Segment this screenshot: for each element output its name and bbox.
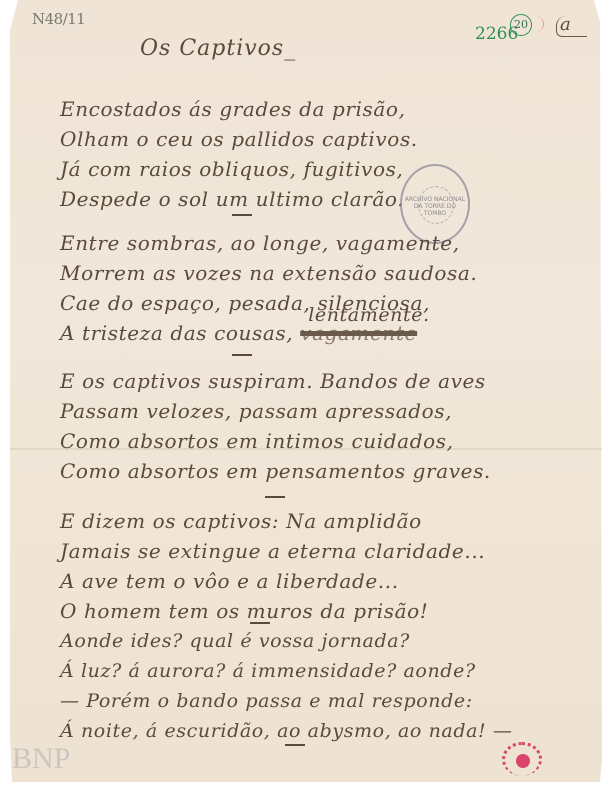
page-letter: a	[560, 14, 571, 35]
stanza-3: E os captivos suspiram. Bandos de aves P…	[60, 366, 491, 486]
bnp-watermark: BNP	[12, 742, 70, 776]
circled-folio-number: 20	[510, 14, 532, 36]
library-stamp-icon	[502, 742, 542, 776]
verse-line: Como absortos em pensamentos graves.	[60, 456, 491, 486]
stanza-separator	[232, 214, 252, 216]
stanza-separator	[250, 622, 270, 624]
verse-line: Passam velozes, passam apressados,	[60, 396, 491, 426]
stanza-1: Encostados ás grades da prisão, Olham o …	[60, 94, 418, 214]
verse-line: Entre sombras, ao longe, vagamente,	[60, 228, 477, 258]
stanza-separator	[265, 496, 285, 498]
verse-line: Olham o ceu os pallidos captivos.	[60, 124, 418, 154]
verse-line: Jamais se extingue a eterna claridade...	[60, 536, 485, 566]
verse-line: Já com raios obliquos, fugitivos,	[60, 154, 418, 184]
verse-line: Encostados ás grades da prisão,	[60, 94, 418, 124]
verse-line: Morrem as vozes na extensão saudosa.	[60, 258, 477, 288]
poem-title: Os Captivos_	[140, 36, 296, 61]
verse-line: A ave tem o vôo e a liberdade...	[60, 566, 485, 596]
revision: vagamente lentamente.	[300, 318, 417, 348]
verse-line: Aonde ides? qual é vossa jornada?	[60, 626, 513, 656]
verse-line-prefix: A tristeza das cousas,	[60, 321, 293, 345]
verse-line: E dizem os captivos: Na amplidão	[60, 506, 485, 536]
end-separator	[285, 744, 305, 746]
verse-line: Á noite, á escuridão, ao abysmo, ao nada…	[60, 716, 513, 746]
stanza-5: Aonde ides? qual é vossa jornada? Á luz?…	[60, 626, 513, 746]
verse-line: — Porém o bando passa e mal responde:	[60, 686, 513, 716]
verse-line: E os captivos suspiram. Bandos de aves	[60, 366, 491, 396]
verse-line: Á luz? á aurora? á immensidade? aonde?	[60, 656, 513, 686]
verse-line: A tristeza das cousas, vagamente lentame…	[60, 318, 477, 348]
interlinear-correction: lentamente.	[308, 300, 430, 330]
stamp-emblem-icon	[516, 754, 530, 768]
verse-line: Despede o sol um ultimo clarão.	[60, 184, 418, 214]
verse-line: Como absortos em intimos cuidados,	[60, 426, 491, 456]
stanza-2: Entre sombras, ao longe, vagamente, Morr…	[60, 228, 477, 348]
seal-text: ARCHIVO NACIONAL DA TORRE DO TOMBO	[402, 196, 468, 217]
stanza-separator	[232, 354, 252, 356]
shelf-mark: N48/11	[32, 10, 85, 28]
verse-line: O homem tem os muros da prisão!	[60, 596, 485, 626]
stanza-4: E dizem os captivos: Na amplidão Jamais …	[60, 506, 485, 626]
